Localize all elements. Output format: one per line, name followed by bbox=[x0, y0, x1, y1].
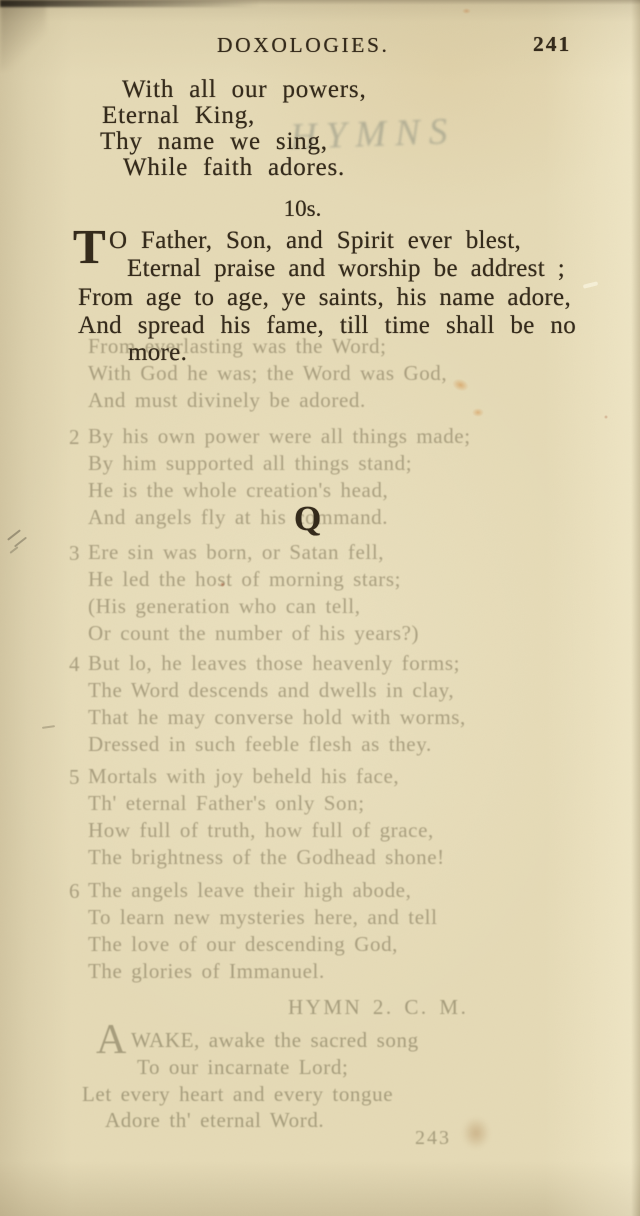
bleedthrough-verse-number: 3 bbox=[69, 540, 80, 567]
bleedthrough-verse-line: And angels fly at his command. bbox=[88, 504, 471, 531]
stain bbox=[220, 582, 225, 587]
bleedthrough-hymn2-drop-cap: A bbox=[96, 1022, 127, 1060]
bleedthrough-verse-line: To learn new mysteries here, and tell bbox=[88, 904, 438, 931]
bleedthrough-verse-line: Th' eternal Father's only Son; bbox=[88, 790, 445, 817]
bleedthrough-verse-line: Mortals with joy beheld his face, bbox=[88, 763, 445, 790]
stain bbox=[462, 8, 471, 14]
scan-edge-shadow bbox=[0, 0, 260, 7]
hymn-drop-cap: T bbox=[73, 224, 106, 271]
bleedthrough-page-number: 243 bbox=[415, 1127, 451, 1150]
bleedthrough-verse-line: Ere sin was born, or Satan fell, bbox=[88, 539, 419, 566]
book-page-scan: HYMNS From everlasting was the Word; Wit… bbox=[0, 0, 640, 1216]
bleedthrough-verse-number: 6 bbox=[69, 878, 80, 905]
bleedthrough-hymn2-line: WAKE, awake the sacred song bbox=[131, 1028, 419, 1053]
gutter-shadow bbox=[0, 0, 46, 70]
bleedthrough-verse-line: Dressed in such feeble flesh as they. bbox=[88, 731, 466, 758]
bleedthrough-verse-line: The angels leave their high abode, bbox=[88, 877, 438, 904]
stain bbox=[604, 415, 608, 419]
stain bbox=[462, 1117, 490, 1149]
bleedthrough-verse-line: By him supported all things stand; bbox=[88, 450, 471, 477]
hymn-line-5: more. bbox=[128, 339, 187, 367]
bleedthrough-verse-line: The brightness of the Godhead shone! bbox=[88, 844, 445, 871]
bleedthrough-verse-line: He led the host of morning stars; bbox=[88, 566, 419, 593]
bleedthrough-verse-line: Or count the number of his years?) bbox=[88, 620, 419, 647]
running-head-title: DOXOLOGIES. bbox=[217, 33, 390, 58]
bleedthrough-verse-line: How full of truth, how full of grace, bbox=[88, 817, 445, 844]
doxology-line-3: Thy name we sing, bbox=[100, 128, 328, 156]
bleedthrough-hymn2-heading: HYMN 2. C. M. bbox=[288, 995, 468, 1020]
bleedthrough-verse-line: And must divinely be adored. bbox=[88, 387, 447, 414]
bleedthrough-verse-3: 3 Ere sin was born, or Satan fell, He le… bbox=[88, 539, 419, 647]
bleedthrough-verse-line: The glories of Immanuel. bbox=[88, 958, 438, 985]
doxology-line-1: With all our powers, bbox=[122, 76, 367, 104]
bleedthrough-hymn2-line: To our incarnate Lord; bbox=[137, 1055, 348, 1080]
doxology-line-2: Eternal King, bbox=[102, 102, 255, 130]
bleedthrough-verse-line: That he may converse hold with worms, bbox=[88, 704, 466, 731]
bleedthrough-verse-line: The love of our descending God, bbox=[88, 931, 438, 958]
page-number: 241 bbox=[533, 32, 571, 57]
bleedthrough-verse-line: But lo, he leaves those heavenly forms; bbox=[88, 650, 466, 677]
hymn-line-2: Eternal praise and worship be addrest ; bbox=[127, 255, 565, 283]
bleedthrough-layer: HYMNS From everlasting was the Word; Wit… bbox=[0, 0, 640, 1216]
bleedthrough-verse-line: (His generation who can tell, bbox=[88, 593, 419, 620]
bleedthrough-hymn2-line: Let every heart and every tongue bbox=[82, 1082, 393, 1107]
meter-heading: 10s. bbox=[50, 196, 555, 222]
bleedthrough-verse-line: He is the whole creation's head, bbox=[88, 477, 471, 504]
bleedthrough-verse-4: 4 But lo, he leaves those heavenly forms… bbox=[88, 650, 466, 758]
hymn-line-3: From age to age, ye saints, his name ado… bbox=[78, 284, 571, 312]
bleedthrough-verse-5: 5 Mortals with joy beheld his face, Th' … bbox=[88, 763, 445, 871]
bleedthrough-verse-number: 2 bbox=[69, 424, 80, 451]
hymn-line-1: O Father, Son, and Spirit ever blest, bbox=[109, 227, 521, 255]
hymn-line-4: And spread his fame, till time shall be … bbox=[78, 312, 576, 340]
bleedthrough-verse-2: 2 By his own power were all things made;… bbox=[88, 423, 471, 531]
doxology-line-4: While faith adores. bbox=[123, 154, 345, 182]
bleedthrough-verse-line: By his own power were all things made; bbox=[88, 423, 471, 450]
stain bbox=[472, 408, 484, 417]
bleedthrough-verse-6: 6 The angels leave their high abode, To … bbox=[88, 877, 438, 985]
bleedthrough-verse-number: 5 bbox=[69, 764, 80, 791]
bleedthrough-hymn2-line: Adore th' eternal Word. bbox=[105, 1108, 324, 1133]
signature-mark: Q bbox=[294, 499, 321, 539]
bleedthrough-verse-number: 4 bbox=[69, 651, 80, 678]
bleedthrough-verse-line: The Word descends and dwells in clay, bbox=[88, 677, 466, 704]
